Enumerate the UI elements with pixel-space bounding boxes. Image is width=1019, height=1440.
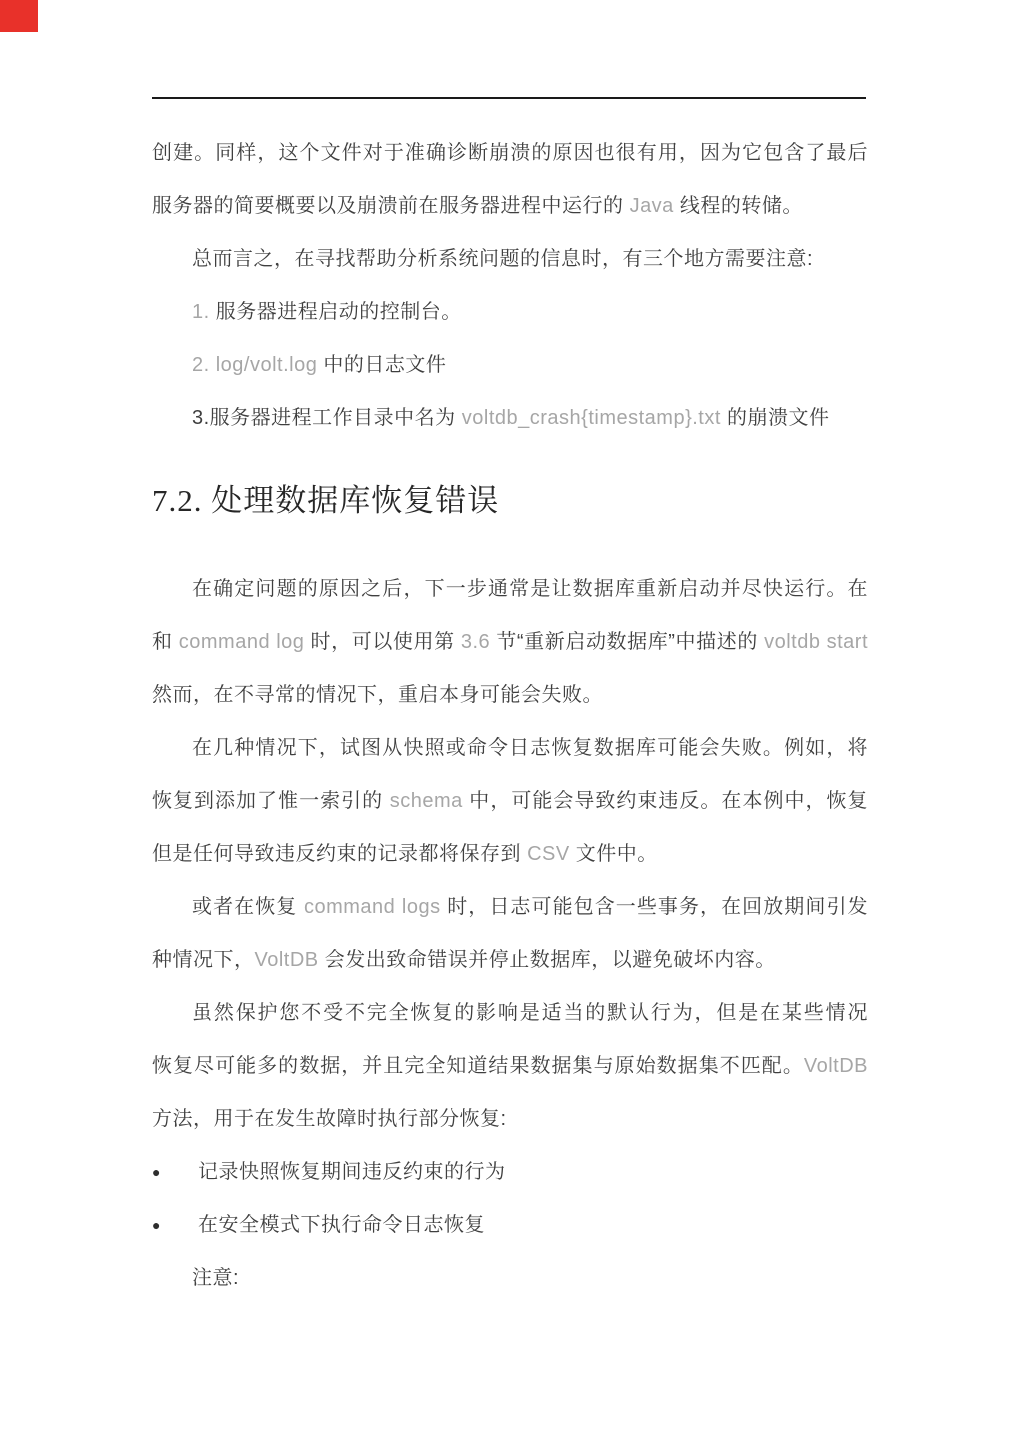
text-line: 3.服务器进程工作目录中名为 voltdb_crash{timestamp}.t… [152, 392, 868, 445]
text-run: 在确定问题的原因之后，下一步通常是让数据库重新启动并尽快运行。在使用 [192, 578, 868, 616]
document-page: 创建。同样，这个文件对于准确诊断崩溃的原因也很有用，因为它包含了最后一条错误消息… [0, 0, 1019, 1440]
text-run: 的崩溃文件 [721, 407, 830, 429]
text-line: 在确定问题的原因之后，下一步通常是让数据库重新启动并尽快运行。在使用 snaps… [152, 563, 868, 616]
text-run: schema [390, 790, 463, 812]
text-run: 虽然保护您不受不完全恢复的影响是适当的默认行为，但是在某些情况下，您可能希望 [192, 1002, 868, 1040]
text-run: command logs [304, 896, 441, 918]
text-line: 服务器的简要概要以及崩溃前在服务器进程中运行的 Java 线程的转储。 [152, 180, 868, 233]
text-line: 2. log/volt.log 中的日志文件 [152, 339, 868, 392]
text-line: 然而，在不寻常的情况下，重启本身可能会失败。 [152, 669, 868, 722]
text-run: 注意: [192, 1267, 239, 1289]
text-line: 或者在恢复 command logs 时，日志可能包含一些事务，在回放期间引发异… [152, 881, 868, 934]
text-line: 虽然保护您不受不完全恢复的影响是适当的默认行为，但是在某些情况下，您可能希望 [152, 987, 868, 1040]
text-body: 创建。同样，这个文件对于准确诊断崩溃的原因也很有用，因为它包含了最后一条错误消息… [152, 127, 868, 1305]
text-run: 1. [192, 301, 210, 323]
text-run: 时，可以使用第 [304, 631, 460, 653]
text-run: 文件中。 [570, 843, 658, 865]
text-run: 恢复尽可能多的数据，并且完全知道结果数据集与原始数据集不匹配。 [152, 1055, 804, 1077]
text-run: 方法，用于在发生故障时执行部分恢复: [152, 1108, 507, 1130]
text-line: 总而言之，在寻找帮助分析系统问题的信息时，有三个地方需要注意: [152, 233, 868, 286]
red-corner-marker [0, 0, 38, 32]
text-line: 创建。同样，这个文件对于准确诊断崩溃的原因也很有用，因为它包含了最后一条错误消息… [152, 127, 868, 180]
text-run: Java [630, 195, 674, 217]
text-run: 创建。同样，这个文件对于准确诊断崩溃的原因也很有用，因为它包含了最后一条错误消息… [152, 142, 868, 180]
section-heading: 7.2. 处理数据库恢复错误 [152, 445, 868, 563]
text-run: command log [179, 631, 305, 653]
text-run: VoltDB [804, 1055, 868, 1077]
text-run: 在几种情况下，试图从快照或命令日志恢复数据库可能会失败。例如，将快照中的数据 [192, 737, 868, 775]
text-run: 中的日志文件 [317, 354, 446, 376]
text-line: 恢复到添加了惟一索引的 schema 中，可能会导致约束违反。在本例中，恢复操作… [152, 775, 868, 828]
text-run: voltdb_crash{timestamp}.txt [462, 407, 721, 429]
text-run: 种情况下， [152, 949, 255, 971]
bullet-icon: ● [152, 1146, 198, 1199]
document-content: 创建。同样，这个文件对于准确诊断崩溃的原因也很有用，因为它包含了最后一条错误消息… [152, 97, 868, 1305]
text-line: 方法，用于在发生故障时执行部分恢复: [152, 1093, 868, 1146]
text-run: VoltDB [255, 949, 319, 971]
text-run: 在安全模式下执行命令日志恢复 [198, 1199, 485, 1252]
text-line: 种情况下，VoltDB 会发出致命错误并停止数据库，以避免破坏内容。 [152, 934, 868, 987]
text-run: 或者在恢复 [192, 896, 304, 918]
text-run: voltdb start [764, 631, 868, 653]
text-run: 但是任何导致违反约束的记录都将保存到 [152, 843, 527, 865]
text-run: 2. log/volt.log [192, 354, 317, 376]
text-run: 记录快照恢复期间违反约束的行为 [198, 1146, 506, 1199]
text-line: 恢复尽可能多的数据，并且完全知道结果数据集与原始数据集不匹配。VoltDB 提供… [152, 1040, 868, 1093]
text-line: 但是任何导致违反约束的记录都将保存到 CSV 文件中。 [152, 828, 868, 881]
text-run: 恢复到添加了惟一索引的 [152, 790, 390, 812]
bullet-icon: ● [152, 1199, 198, 1252]
text-run: 服务器进程启动的控制台。 [210, 301, 462, 323]
text-line: 在几种情况下，试图从快照或命令日志恢复数据库可能会失败。例如，将快照中的数据 [152, 722, 868, 775]
text-run: 然而，在不寻常的情况下，重启本身可能会失败。 [152, 684, 603, 706]
bullet-list-item: ●记录快照恢复期间违反约束的行为 [152, 1146, 868, 1199]
text-line: 和 command log 时，可以使用第 3.6 节“重新启动数据库”中描述的… [152, 616, 868, 669]
text-line: 注意: [152, 1252, 868, 1305]
text-run: CSV [527, 843, 570, 865]
text-run: 服务器的简要概要以及崩溃前在服务器进程中运行的 [152, 195, 630, 217]
text-run: 3.6 [461, 631, 490, 653]
text-run: 和 [152, 631, 179, 653]
bullet-list-item: ●在安全模式下执行命令日志恢复 [152, 1199, 868, 1252]
text-run: 线程的转储。 [674, 195, 803, 217]
text-run: 3.服务器进程工作目录中名为 [192, 407, 462, 429]
text-run: 总而言之，在寻找帮助分析系统问题的信息时，有三个地方需要注意: [192, 248, 813, 270]
text-line: 1. 服务器进程启动的控制台。 [152, 286, 868, 339]
horizontal-rule [152, 97, 866, 99]
text-run: 节“重新启动数据库”中描述的 [490, 631, 764, 653]
text-run: 会发出致命错误并停止数据库，以避免破坏内容。 [319, 949, 776, 971]
